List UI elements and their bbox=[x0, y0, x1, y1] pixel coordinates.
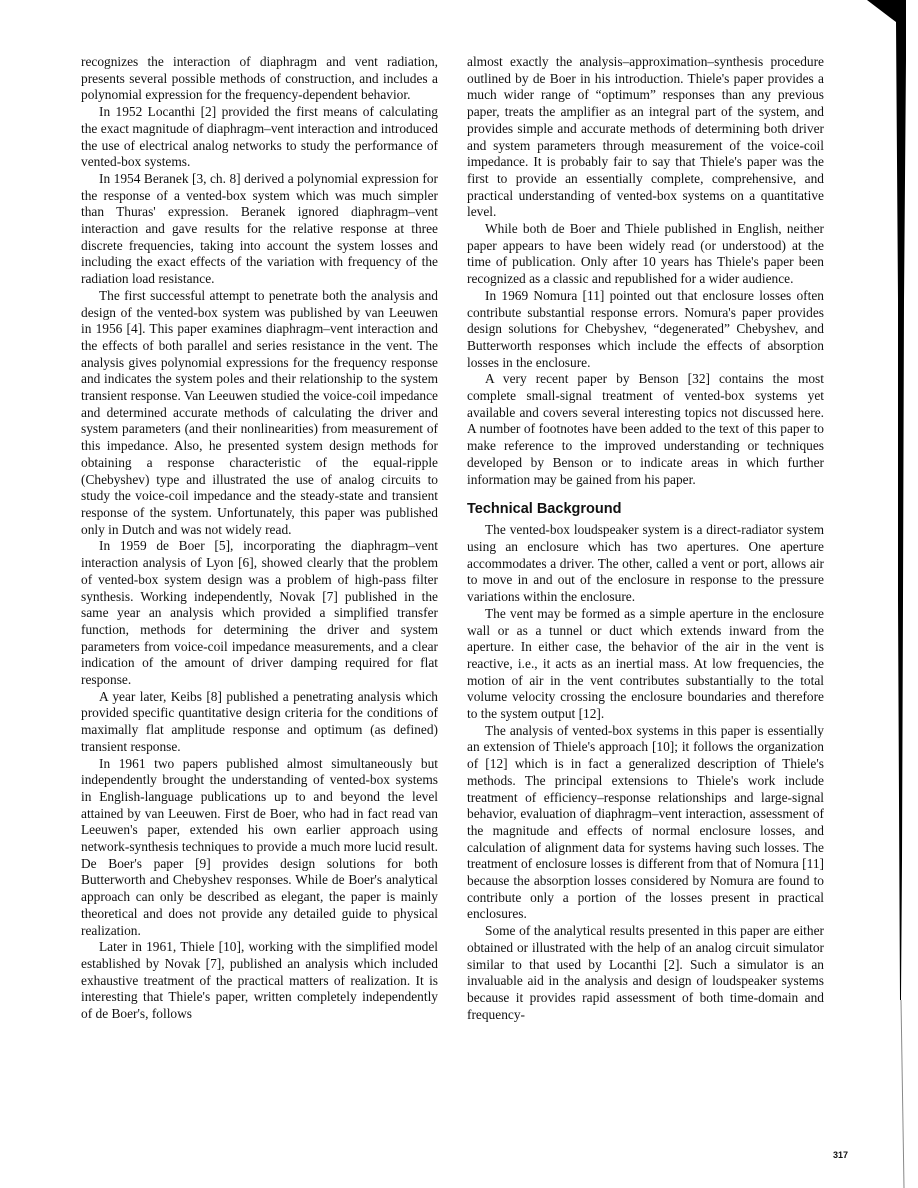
paper-page: recognizes the interaction of diaphragm … bbox=[0, 0, 918, 1188]
paragraph: In 1959 de Boer [5], incorporating the d… bbox=[81, 538, 438, 688]
paragraph: The vented-box loudspeaker system is a d… bbox=[467, 522, 824, 606]
paragraph: Later in 1961, Thiele [10], working with… bbox=[81, 939, 438, 1023]
paragraph: recognizes the interaction of diaphragm … bbox=[81, 54, 438, 104]
left-column: recognizes the interaction of diaphragm … bbox=[81, 54, 438, 1023]
right-column: almost exactly the analysis–approximatio… bbox=[467, 54, 824, 1023]
paragraph: In 1954 Beranek [3, ch. 8] derived a pol… bbox=[81, 171, 438, 288]
paragraph: The analysis of vented-box systems in th… bbox=[467, 723, 824, 923]
paragraph: While both de Boer and Thiele published … bbox=[467, 221, 824, 288]
paragraph: In 1969 Nomura [11] pointed out that enc… bbox=[467, 288, 824, 372]
paragraph: The vent may be formed as a simple apert… bbox=[467, 606, 824, 723]
paragraph: A very recent paper by Benson [32] conta… bbox=[467, 371, 824, 488]
paragraph: A year later, Keibs [8] published a pene… bbox=[81, 689, 438, 756]
section-heading: Technical Background bbox=[467, 500, 824, 518]
paragraph: In 1961 two papers published almost simu… bbox=[81, 756, 438, 940]
paragraph: The first successful attempt to penetrat… bbox=[81, 288, 438, 539]
paragraph: Some of the analytical results presented… bbox=[467, 923, 824, 1023]
paragraph: almost exactly the analysis–approximatio… bbox=[467, 54, 824, 221]
page-number: 317 bbox=[833, 1150, 848, 1160]
paragraph: In 1952 Locanthi [2] provided the first … bbox=[81, 104, 438, 171]
